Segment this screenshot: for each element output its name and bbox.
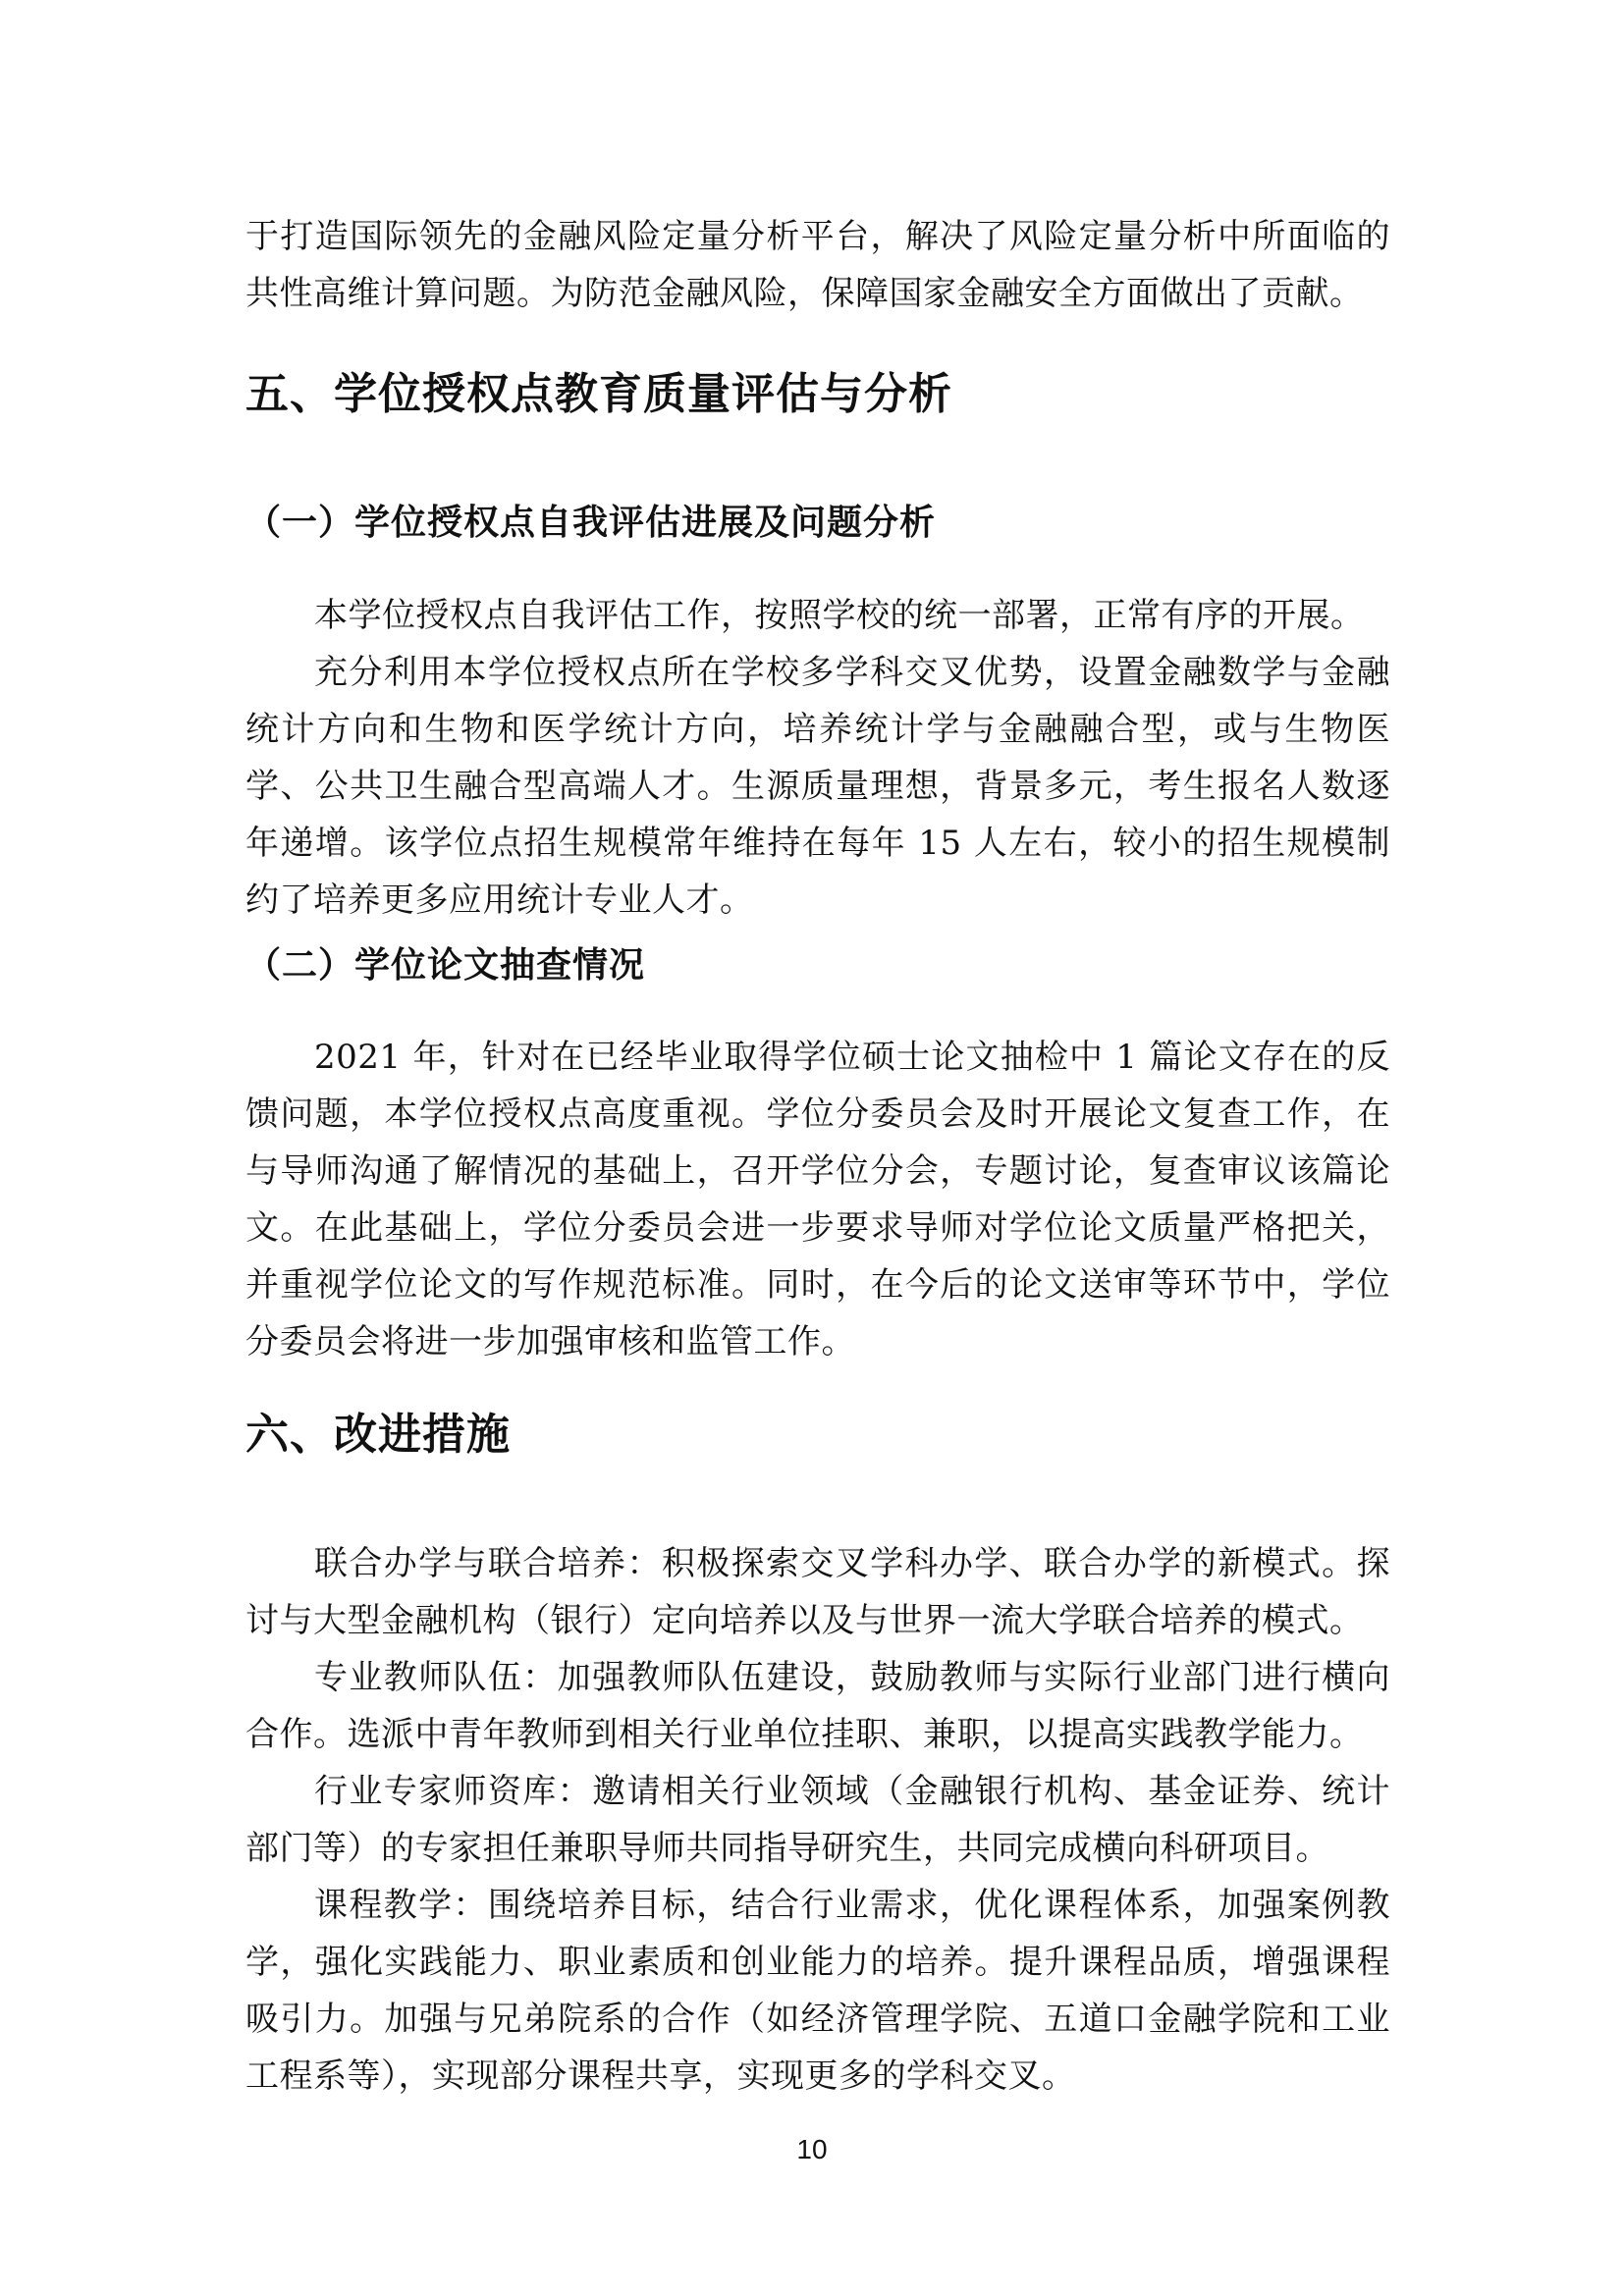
intro-paragraph: 于打造国际领先的金融风险定量分析平台，解决了风险定量分析中所面临的共性高维计算问… [245, 208, 1390, 322]
section-5-2: （二）学位论文抽查情况 [245, 938, 1390, 993]
section-5: 五、学位授权点教育质量评估与分析 [245, 365, 1390, 424]
section-6: 六、改进措施 [245, 1406, 1390, 1465]
section-5-heading: 五、学位授权点教育质量评估与分析 [245, 365, 1390, 424]
intro-section: 于打造国际领先的金融风险定量分析平台，解决了风险定量分析中所面临的共性高维计算问… [245, 208, 1390, 322]
section-5-2-paragraph: 2021 年，针对在已经毕业取得学位硕士论文抽检中 1 篇论文存在的反馈问题，本… [245, 1029, 1390, 1370]
document-page: 于打造国际领先的金融风险定量分析平台，解决了风险定量分析中所面临的共性高维计算问… [0, 0, 1624, 2296]
section-6-heading: 六、改进措施 [245, 1406, 1390, 1465]
section-5-1-paragraph: 充分利用本学位授权点所在学校多学科交叉优势，设置金融数学与金融统计方向和生物和医… [245, 644, 1390, 929]
section-6-body: 联合办学与联合培养：积极探索交叉学科办学、联合办学的新模式。探讨与大型金融机构（… [245, 1535, 1390, 2105]
section-5-1-paragraph: 本学位授权点自我评估工作，按照学校的统一部署，正常有序的开展。 [245, 587, 1390, 644]
section-5-2-heading: （二）学位论文抽查情况 [245, 938, 1390, 993]
section-5-1-heading: （一）学位授权点自我评估进展及问题分析 [245, 496, 1390, 551]
section-5-1: （一）学位授权点自我评估进展及问题分析 [245, 496, 1390, 551]
section-6-paragraph: 联合办学与联合培养：积极探索交叉学科办学、联合办学的新模式。探讨与大型金融机构（… [245, 1535, 1390, 1649]
section-5-2-body: 2021 年，针对在已经毕业取得学位硕士论文抽检中 1 篇论文存在的反馈问题，本… [245, 1029, 1390, 1370]
section-5-1-body: 本学位授权点自我评估工作，按照学校的统一部署，正常有序的开展。 充分利用本学位授… [245, 587, 1390, 929]
section-6-paragraph: 专业教师队伍：加强教师队伍建设，鼓励教师与实际行业部门进行横向合作。选派中青年教… [245, 1649, 1390, 1763]
section-6-paragraph: 课程教学：围绕培养目标，结合行业需求，优化课程体系，加强案例教学，强化实践能力、… [245, 1877, 1390, 2105]
section-6-paragraph: 行业专家师资库：邀请相关行业领域（金融银行机构、基金证券、统计部门等）的专家担任… [245, 1763, 1390, 1877]
page-number: 10 [0, 2134, 1624, 2165]
